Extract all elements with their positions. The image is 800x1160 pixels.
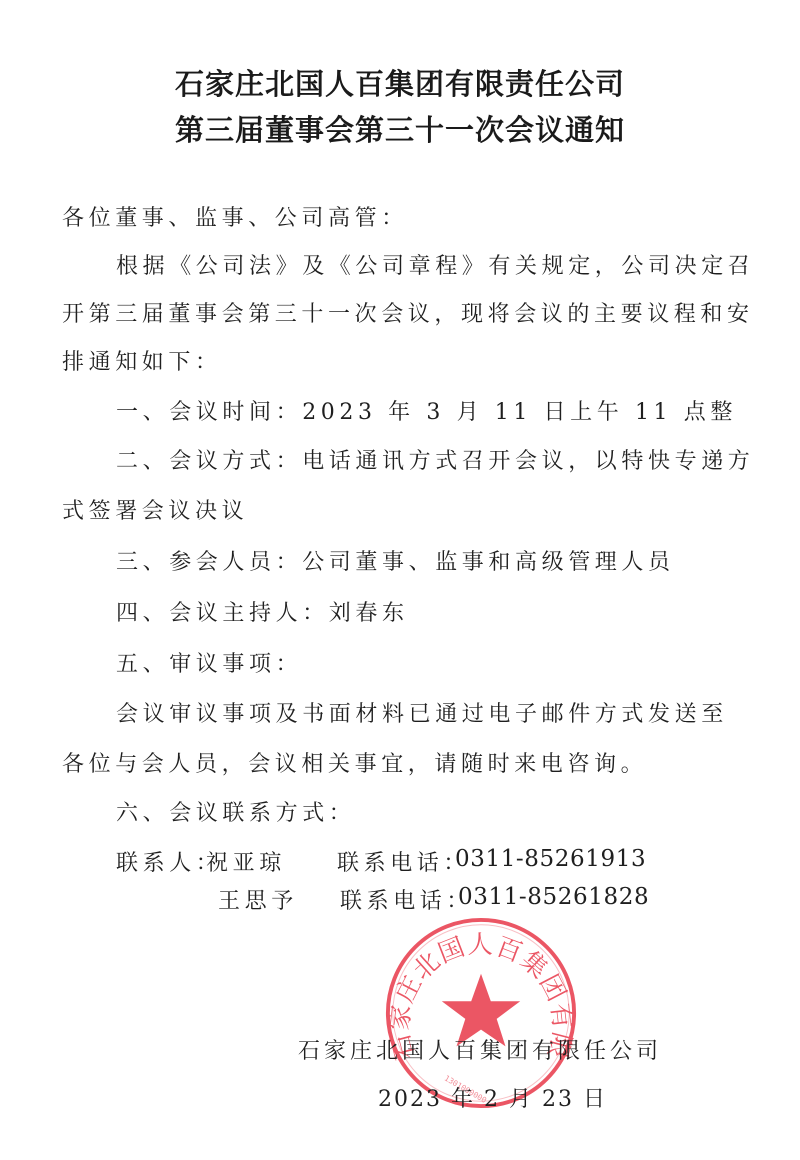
item-meeting-time: 一、会议时间：2023 年 3 月 11 日上午 11 点整 [116,395,737,426]
signature-date: 2023 年 2 月 23 日 [378,1082,607,1113]
contact-phone: 0311-85261913 [455,846,646,872]
salutation: 各位董事、监事、公司高管： [62,201,408,232]
intro-line-3: 排通知如下： [62,345,222,376]
item-review-matters: 五、审议事项： [116,647,302,678]
item-attendees: 三、参会人员：公司董事、监事和高级管理人员 [116,545,675,576]
intro-line-1: 根据《公司法》及《公司章程》有关规定，公司决定召 [116,249,754,280]
item-contact-info: 六、会议联系方式： [116,796,355,827]
review-description: 会议审议事项及书面材料已通过电子邮件方式发送至 [116,697,728,728]
contact-name: 祝亚琼 [206,846,286,877]
contact-phone-label: 联系电话： [337,846,470,877]
review-description-cont: 各位与会人员，会议相关事宜，请随时来电咨询。 [62,747,647,778]
item-meeting-method-cont: 式签署会议决议 [62,494,248,525]
title-meeting: 第三届董事会第三十一次会议通知 [0,108,800,149]
intro-line-2: 开第三届董事会第三十一次会议，现将会议的主要议程和安 [62,297,754,328]
contact-phone: 0311-85261828 [458,884,649,910]
contact-name: 王思予 [218,884,298,915]
item-meeting-method: 二、会议方式：电话通讯方式召开会议，以特快专递方 [116,444,754,475]
contact-phone-label: 联系电话： [340,884,473,915]
title-company: 石家庄北国人百集团有限责任公司 [0,62,800,103]
signature-company: 石家庄北国人百集团有限任公司 [298,1034,662,1065]
item-host: 四、会议主持人：刘春东 [116,596,409,627]
